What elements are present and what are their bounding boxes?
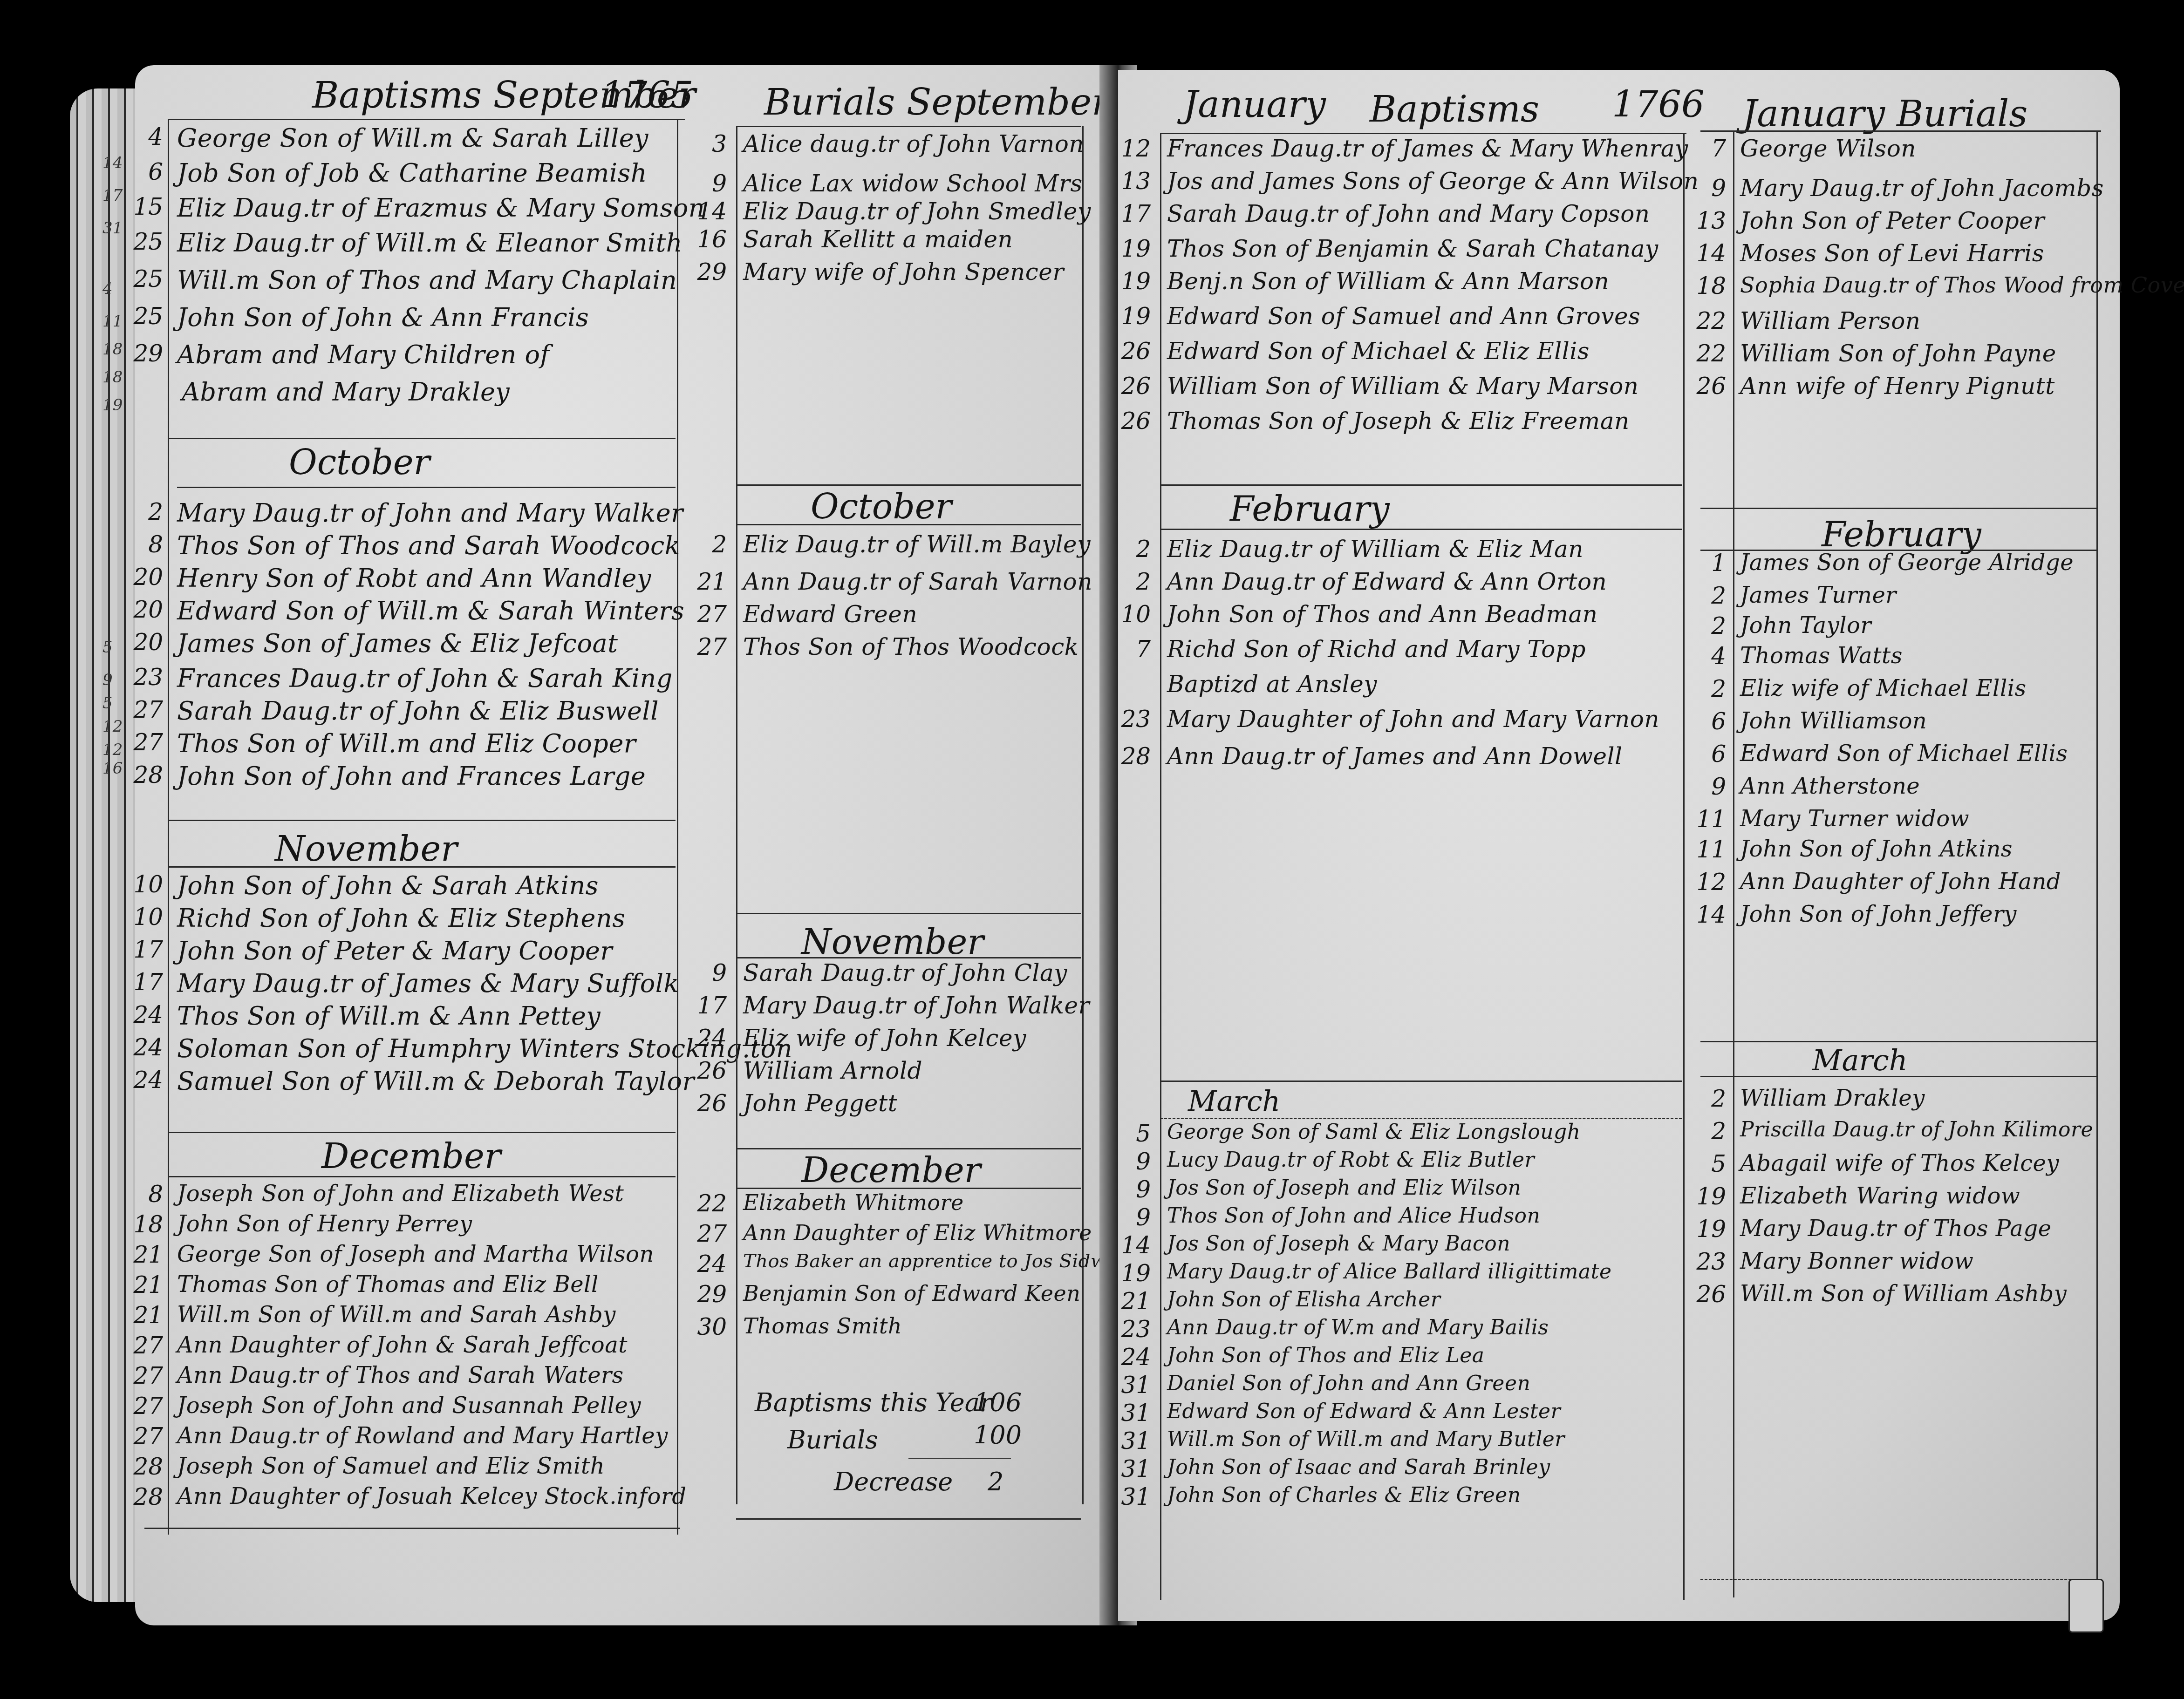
entry-day: 10	[130, 871, 163, 898]
entry-day: 14	[1693, 901, 1726, 928]
baptism-entry: Jos Son of Joseph & Mary Bacon	[1167, 1232, 1510, 1256]
entry-day: 23	[1118, 1316, 1151, 1343]
month-rule	[177, 487, 676, 488]
entry-day: 26	[1118, 338, 1151, 365]
bottom-rule	[144, 1528, 680, 1529]
entry-day: 1	[1693, 550, 1726, 577]
burial-entry: John Son of Peter Cooper	[1740, 207, 2045, 234]
month-rule	[168, 820, 676, 821]
entry-day: 27	[130, 1332, 163, 1359]
burial-entry: Ann Daughter of John Hand	[1740, 869, 2061, 895]
entry-day: 26	[1118, 408, 1151, 435]
entry-day: 2	[1118, 536, 1151, 563]
entry-day: 21	[130, 1271, 163, 1298]
left-page: 14 17 31 4 11 18 18 19 5 9 5 12 12 16 Ba…	[135, 65, 1118, 1625]
entry-day: 28	[130, 761, 163, 788]
entry-day: 12	[1693, 869, 1726, 896]
burials-1766-column: January Burials 7 George Wilson 9 Mary D…	[1696, 70, 2106, 1621]
baptism-entry: Richd Son of John & Eliz Stephens	[177, 904, 625, 933]
entry-day: 23	[1118, 706, 1151, 733]
month-rule	[1160, 529, 1682, 530]
entry-day: 3	[694, 130, 727, 157]
entry-day: 27	[130, 1393, 163, 1420]
entry-day: 30	[694, 1313, 727, 1340]
margin-number: 18	[102, 340, 123, 359]
entry-day: 25	[130, 265, 163, 292]
baptism-entry: Job Son of Job & Catharine Beamish	[177, 158, 647, 188]
month-heading-october: October	[289, 442, 430, 483]
baptism-entry: Thos Son of John and Alice Hudson	[1167, 1204, 1540, 1228]
month-heading-december: December	[321, 1136, 501, 1176]
month-rule	[168, 1132, 676, 1133]
entry-day: 31	[1118, 1483, 1151, 1510]
entry-day: 26	[1693, 373, 1726, 400]
burial-entry: Ann wife of Henry Pignutt	[1740, 373, 2055, 400]
entry-day: 6	[1693, 741, 1726, 768]
baptism-entry: John Son of Peter & Mary Cooper	[177, 936, 613, 965]
baptism-entry: John Son of Charles & Eliz Green	[1167, 1483, 1521, 1507]
entry-day: 14	[694, 198, 727, 225]
bottom-rule	[736, 1518, 1081, 1520]
summary-decrease-count: 2	[988, 1467, 1003, 1496]
entry-day: 5	[1118, 1120, 1151, 1147]
entry-day: 22	[694, 1190, 727, 1217]
entry-day: 7	[1118, 636, 1151, 663]
entry-day: 4	[1693, 643, 1726, 670]
margin-number: 12	[102, 741, 123, 759]
baptism-entry: Mary Daughter of John and Mary Varnon	[1167, 706, 1659, 733]
burial-entry: John Peggett	[743, 1090, 897, 1117]
month-rule	[1160, 1118, 1682, 1119]
entry-day: 2	[1693, 675, 1726, 702]
burial-entry: Ann Daughter of Eliz Whitmore	[743, 1220, 1092, 1245]
entry-day: 2	[1693, 1085, 1726, 1112]
burial-entry: Thomas Watts	[1740, 643, 1903, 669]
month-rule	[1160, 1081, 1682, 1082]
baptism-entry: Thos Son of Thos and Sarah Woodcock	[177, 531, 680, 560]
entry-day: 8	[130, 1181, 163, 1208]
month-rule	[168, 1176, 676, 1177]
burial-entry: Mary Daug.tr of John Jacombs	[1740, 175, 2104, 202]
burial-entry: Mary Turner widow	[1740, 806, 1969, 832]
baptism-entry: Ann Daug.tr of W.m and Mary Bailis	[1167, 1316, 1549, 1339]
margin-number: 9	[102, 671, 113, 689]
month-rule	[736, 1148, 1081, 1149]
entry-day: 24	[130, 1001, 163, 1028]
burial-entry: Benjamin Son of Edward Keen	[743, 1281, 1080, 1306]
month-heading-december: December	[801, 1150, 981, 1190]
margin-number: 31	[102, 219, 123, 238]
entry-day: 19	[1118, 303, 1151, 330]
entry-day: 27	[130, 729, 163, 756]
baptism-entry: John Son of Thos and Ann Beadman	[1167, 601, 1598, 628]
baptism-entry: Thos Son of Benjamin & Sarah Chatanay	[1167, 235, 1658, 262]
entry-day: 19	[1118, 268, 1151, 295]
entry-day: 13	[1693, 207, 1726, 234]
month-rule	[168, 866, 676, 868]
entry-day: 21	[1118, 1288, 1151, 1315]
burial-entry: James Son of George Alridge	[1740, 550, 2074, 576]
baptism-entry: George Son of Joseph and Martha Wilson	[177, 1241, 654, 1267]
burial-entry: William Arnold	[743, 1057, 922, 1084]
entry-day: 2	[694, 531, 727, 558]
baptism-entry: William Son of William & Mary Marson	[1167, 373, 1638, 400]
baptism-entry: Mary Daug.tr of John and Mary Walker	[177, 498, 683, 528]
entry-day: 11	[1693, 836, 1726, 863]
month-rule	[1160, 484, 1682, 486]
baptism-entry: Henry Son of Robt and Ann Wandley	[177, 564, 651, 593]
baptism-entry: Sarah Daug.tr of John & Eliz Buswell	[177, 696, 659, 726]
entry-day: 31	[1118, 1400, 1151, 1427]
burial-entry: Mary Daug.tr of John Walker	[743, 992, 1090, 1019]
baptism-entry: Ann Daug.tr of James and Ann Dowell	[1167, 743, 1623, 770]
burial-entry: Eliz wife of John Kelcey	[743, 1025, 1026, 1052]
month-rule	[1700, 1041, 2096, 1042]
burial-entry: Thomas Smith	[743, 1313, 902, 1339]
summary-burials-label: Burials	[787, 1425, 878, 1454]
baptism-entry: Jos Son of Joseph and Eliz Wilson	[1167, 1176, 1521, 1200]
entry-day: 9	[1118, 1148, 1151, 1175]
month-rule	[736, 524, 1081, 525]
burial-entry: George Wilson	[1740, 135, 1916, 162]
entry-day: 26	[1118, 373, 1151, 400]
baptism-entry: John Son of Henry Perrey	[177, 1211, 472, 1237]
baptism-entry: Baptizd at Ansley	[1167, 671, 1377, 698]
burial-entry: Ann Daug.tr of Sarah Varnon	[743, 568, 1092, 595]
baptism-entry: John Son of John & Sarah Atkins	[177, 871, 599, 900]
month-rule	[736, 957, 1081, 958]
entry-day: 28	[130, 1453, 163, 1480]
summary-baptisms-label: Baptisms this Year	[755, 1388, 992, 1417]
entry-day: 9	[694, 170, 727, 197]
year-1766: 1766	[1612, 84, 1705, 126]
burial-entry: Thos Baker an apprentice to Jos Sidwell	[743, 1250, 1130, 1272]
entry-day: 15	[130, 193, 163, 220]
baptism-entry: Benj.n Son of William & Ann Marson	[1167, 268, 1609, 295]
entry-day: 23	[130, 664, 163, 691]
entry-day: 7	[1693, 135, 1726, 162]
burial-entry: Will.m Son of William Ashby	[1740, 1281, 2067, 1307]
baptism-entry: Frances Daug.tr of James & Mary Whenray	[1167, 135, 1688, 162]
baptism-entry: George Son of Will.m & Sarah Lilley	[177, 123, 648, 153]
burial-entry: Eliz Daug.tr of Will.m Bayley	[743, 531, 1091, 558]
entry-day: 11	[1693, 806, 1726, 833]
entry-day: 9	[1693, 773, 1726, 800]
margin-number: 19	[102, 396, 123, 415]
entry-day: 20	[130, 564, 163, 591]
summary-baptisms-count: 106	[974, 1388, 1022, 1417]
entry-day: 24	[130, 1034, 163, 1061]
baptism-entry: John Son of Isaac and Sarah Brinley	[1167, 1455, 1550, 1479]
burial-entry: Edward Son of Michael Ellis	[1740, 741, 2068, 767]
burial-entry: Sarah Kellitt a maiden	[743, 226, 1013, 253]
entry-day: 9	[694, 959, 727, 986]
burial-entry: Sophia Daug.tr of Thos Wood from Coventr…	[1740, 272, 2184, 298]
entry-day: 29	[694, 1281, 727, 1308]
entry-day: 10	[130, 904, 163, 931]
baptism-entry: Ann Daughter of Josuah Kelcey Stock.info…	[177, 1483, 687, 1509]
margin-number: 11	[102, 312, 123, 331]
entry-day: 27	[130, 696, 163, 723]
baptism-entry: Ann Daug.tr of Edward & Ann Orton	[1167, 568, 1607, 595]
month-heading-march: March	[1188, 1085, 1280, 1118]
entry-day: 6	[130, 158, 163, 185]
burial-entry: Moses Son of Levi Harris	[1740, 240, 2044, 267]
entry-day: 14	[1118, 1232, 1151, 1259]
baptisms-1766-column: January Baptisms 1766 12 Frances Daug.tr…	[1146, 70, 1696, 1621]
baptism-entry: Joseph Son of John and Susannah Pelley	[177, 1393, 641, 1419]
entry-day: 22	[1693, 340, 1726, 367]
burial-entry: Abagail wife of Thos Kelcey	[1740, 1150, 2059, 1176]
baptism-entry: Thos Son of Will.m and Eliz Cooper	[177, 729, 636, 758]
entry-day: 24	[694, 1025, 727, 1052]
entry-day: 22	[1693, 307, 1726, 334]
baptism-entry: Samuel Son of Will.m & Deborah Taylor	[177, 1067, 695, 1096]
entry-day: 12	[1118, 135, 1151, 162]
entry-day: 19	[1693, 1183, 1726, 1210]
burials-1765-column: Burials September 3 Alice daug.tr of Joh…	[685, 65, 1104, 1625]
month-heading-november: November	[801, 922, 984, 962]
burial-entry: Ann Atherstone	[1740, 773, 1920, 799]
entry-day: 24	[130, 1067, 163, 1094]
entry-day: 31	[1118, 1427, 1151, 1454]
entry-day: 9	[1693, 175, 1726, 202]
page-corner-tab	[2068, 1579, 2104, 1633]
entry-day: 27	[694, 601, 727, 628]
margin-number: 5	[102, 694, 113, 713]
baptisms-heading: Baptisms	[1370, 88, 1539, 130]
baptism-entry: John Son of Elisha Archer	[1167, 1288, 1440, 1312]
entry-day: 17	[130, 936, 163, 963]
month-rule	[1700, 1076, 2096, 1077]
baptism-entry: Will.m Son of Will.m and Mary Butler	[1167, 1427, 1565, 1451]
baptism-entry: Abram and Mary Children of	[177, 340, 550, 369]
entry-day: 13	[1118, 168, 1151, 195]
baptism-entry: George Son of Saml & Eliz Longslough	[1167, 1120, 1581, 1144]
baptism-entry: Mary Daug.tr of James & Mary Suffolk	[177, 969, 679, 998]
entry-day: 31	[1118, 1372, 1151, 1399]
burial-entry: John Taylor	[1740, 612, 1871, 639]
month-rule	[736, 484, 1081, 486]
burial-entry: Edward Green	[743, 601, 917, 628]
entry-day: 5	[1693, 1150, 1726, 1177]
entry-day: 2	[1693, 612, 1726, 639]
entry-day: 17	[130, 969, 163, 996]
entry-day: 29	[130, 340, 163, 367]
entry-day: 2	[1693, 582, 1726, 609]
burial-entry: Mary Daug.tr of Thos Page	[1740, 1216, 2052, 1242]
baptism-entry: John Son of John & Ann Francis	[177, 303, 589, 332]
month-heading-march: March	[1812, 1043, 1908, 1077]
month-rule	[736, 913, 1081, 914]
burial-entry: Mary Bonner widow	[1740, 1248, 1973, 1274]
month-heading-february: February	[1230, 489, 1390, 529]
entry-day: 19	[1118, 235, 1151, 262]
entry-day: 18	[1693, 272, 1726, 299]
margin-number: 4	[102, 279, 113, 298]
entry-day: 14	[1693, 240, 1726, 267]
burial-entry: William Son of John Payne	[1740, 340, 2056, 367]
entry-day: 2	[1693, 1118, 1726, 1145]
baptism-entry: Frances Daug.tr of John & Sarah King	[177, 664, 673, 693]
burials-september-heading: Burials September	[764, 82, 1109, 123]
entry-day: 2	[1118, 568, 1151, 595]
entry-day: 25	[130, 228, 163, 255]
margin-number: 14	[102, 154, 123, 172]
baptism-entry: Will.m Son of Thos and Mary Chaplain	[177, 265, 677, 295]
baptism-entry: John Son of Thos and Eliz Lea	[1167, 1344, 1484, 1367]
burial-entry: Eliz Daug.tr of John Smedley	[743, 198, 1091, 225]
entry-day: 27	[130, 1362, 163, 1389]
burial-entry: John Son of John Atkins	[1740, 836, 2013, 862]
baptism-entry: Thomas Son of Joseph & Eliz Freeman	[1167, 408, 1630, 435]
entry-day: 21	[694, 568, 727, 595]
entry-day: 21	[130, 1302, 163, 1329]
month-heading-october: October	[811, 487, 952, 527]
burial-entry: William Person	[1740, 307, 1920, 334]
month-rule	[1700, 508, 2096, 509]
baptism-entry: Ann Daug.tr of Thos and Sarah Waters	[177, 1362, 624, 1388]
baptism-entry: Will.m Son of Will.m and Sarah Ashby	[177, 1302, 616, 1328]
margin-number: 5	[102, 638, 113, 657]
entry-day: 6	[1693, 708, 1726, 735]
summary-burials-count: 100	[974, 1420, 1022, 1450]
entry-day: 10	[1118, 601, 1151, 628]
burial-entry: Sarah Daug.tr of John Clay	[743, 959, 1067, 986]
entry-day: 8	[130, 531, 163, 558]
entry-day: 25	[130, 303, 163, 330]
entry-day: 16	[694, 226, 727, 253]
month-heading-february: February	[1822, 515, 1981, 555]
burial-entry: Alice Lax widow School Mrs	[743, 170, 1083, 197]
entry-day: 26	[1693, 1281, 1726, 1308]
baptism-entry: Edward Son of Samuel and Ann Groves	[1167, 303, 1640, 330]
baptism-entry: James Son of James & Eliz Jefcoat	[177, 629, 618, 658]
burial-entry: Elizabeth Waring widow	[1740, 1183, 2020, 1209]
year-1765: 1765	[601, 75, 694, 116]
margin-number: 18	[102, 368, 123, 387]
month-rule	[736, 1188, 1081, 1189]
entry-day: 20	[130, 629, 163, 656]
baptisms-1765-column: Baptisms September 1765 4 George Son of …	[135, 65, 685, 1625]
entry-day: 27	[694, 1220, 727, 1247]
month-rule	[168, 438, 676, 439]
entry-day: 9	[1118, 1204, 1151, 1231]
baptism-entry: Ann Daughter of John & Sarah Jeffcoat	[177, 1332, 628, 1358]
entry-day: 29	[694, 258, 727, 285]
entry-day: 2	[130, 498, 163, 525]
margin-number: 12	[102, 717, 123, 736]
summary-decrease-label: Decrease	[834, 1467, 953, 1496]
entry-day: 24	[1118, 1344, 1151, 1371]
baptism-entry: Mary Daug.tr of Alice Ballard illigittim…	[1167, 1260, 1611, 1284]
entry-day: 26	[694, 1057, 727, 1084]
month-heading-november: November	[275, 829, 457, 869]
entry-day: 21	[130, 1241, 163, 1268]
burial-entry: Mary wife of John Spencer	[743, 258, 1064, 285]
entry-day: 19	[1118, 1260, 1151, 1287]
entry-day: 24	[694, 1250, 727, 1278]
burial-entry: Eliz wife of Michael Ellis	[1740, 675, 2027, 701]
entry-day: 28	[130, 1483, 163, 1510]
baptism-entry: Edward Son of Michael & Eliz Ellis	[1167, 338, 1590, 365]
baptism-entry: Eliz Daug.tr of Erazmus & Mary Somson	[177, 193, 705, 223]
baptism-entry: Abram and Mary Drakley	[182, 377, 510, 407]
entry-day: 27	[694, 633, 727, 660]
margin-number: 17	[102, 186, 123, 205]
baptism-entry: Sarah Daug.tr of John and Mary Copson	[1167, 200, 1650, 227]
entry-day: 20	[130, 596, 163, 623]
baptism-entry: Richd Son of Richd and Mary Topp	[1167, 636, 1586, 663]
baptism-entry: Daniel Son of John and Ann Green	[1167, 1372, 1530, 1395]
baptism-entry: Ann Daug.tr of Rowland and Mary Hartley	[177, 1423, 668, 1449]
baptism-entry: Edward Son of Will.m & Sarah Winters	[177, 596, 684, 625]
baptism-entry: Jos and James Sons of George & Ann Wilso…	[1167, 168, 1699, 195]
burial-entry: Thos Son of Thos Woodcock	[743, 633, 1078, 660]
burial-entry: John Son of John Jeffery	[1740, 901, 2017, 927]
baptism-entry: Eliz Daug.tr of Will.m & Eleanor Smith	[177, 228, 682, 258]
january-burials-heading: January Burials	[1742, 93, 2027, 135]
summary-rule	[908, 1458, 1011, 1459]
baptism-entry: Lucy Daug.tr of Robt & Eliz Butler	[1167, 1148, 1535, 1172]
baptism-entry: Thomas Son of Thomas and Eliz Bell	[177, 1271, 599, 1298]
day-column-rule	[1733, 130, 1734, 1597]
baptism-entry: Edward Son of Edward & Ann Lester	[1167, 1400, 1561, 1423]
margin-number: 16	[102, 759, 123, 778]
burial-entry: John Williamson	[1740, 708, 1927, 734]
entry-day: 28	[1118, 743, 1151, 770]
burial-entry: Priscilla Daug.tr of John Kilimore	[1740, 1118, 2093, 1142]
burial-entry: Elizabeth Whitmore	[743, 1190, 964, 1215]
bottom-rule	[1700, 1579, 2096, 1580]
entry-day: 9	[1118, 1176, 1151, 1203]
entry-day: 31	[1118, 1455, 1151, 1482]
entry-day: 17	[1118, 200, 1151, 227]
entry-day: 18	[130, 1211, 163, 1238]
burial-entry: James Turner	[1740, 582, 1897, 608]
baptism-entry: Joseph Son of Samuel and Eliz Smith	[177, 1453, 605, 1479]
baptism-entry: John Son of John and Frances Large	[177, 761, 646, 791]
entry-day: 19	[1693, 1216, 1726, 1243]
baptism-entry: Thos Son of Will.m & Ann Pettey	[177, 1001, 601, 1031]
entry-day: 26	[694, 1090, 727, 1117]
january-heading: January	[1183, 84, 1326, 126]
baptism-entry: Joseph Son of John and Elizabeth West	[177, 1181, 624, 1207]
burial-entry: William Drakley	[1740, 1085, 1925, 1111]
burial-entry: Alice daug.tr of John Varnon	[743, 130, 1084, 157]
entry-day: 27	[130, 1423, 163, 1450]
baptism-entry: Eliz Daug.tr of William & Eliz Man	[1167, 536, 1583, 563]
right-page: January Baptisms 1766 12 Frances Daug.tr…	[1118, 70, 2120, 1621]
entry-day: 17	[694, 992, 727, 1019]
entry-day: 4	[130, 123, 163, 150]
entry-day: 23	[1693, 1248, 1726, 1275]
